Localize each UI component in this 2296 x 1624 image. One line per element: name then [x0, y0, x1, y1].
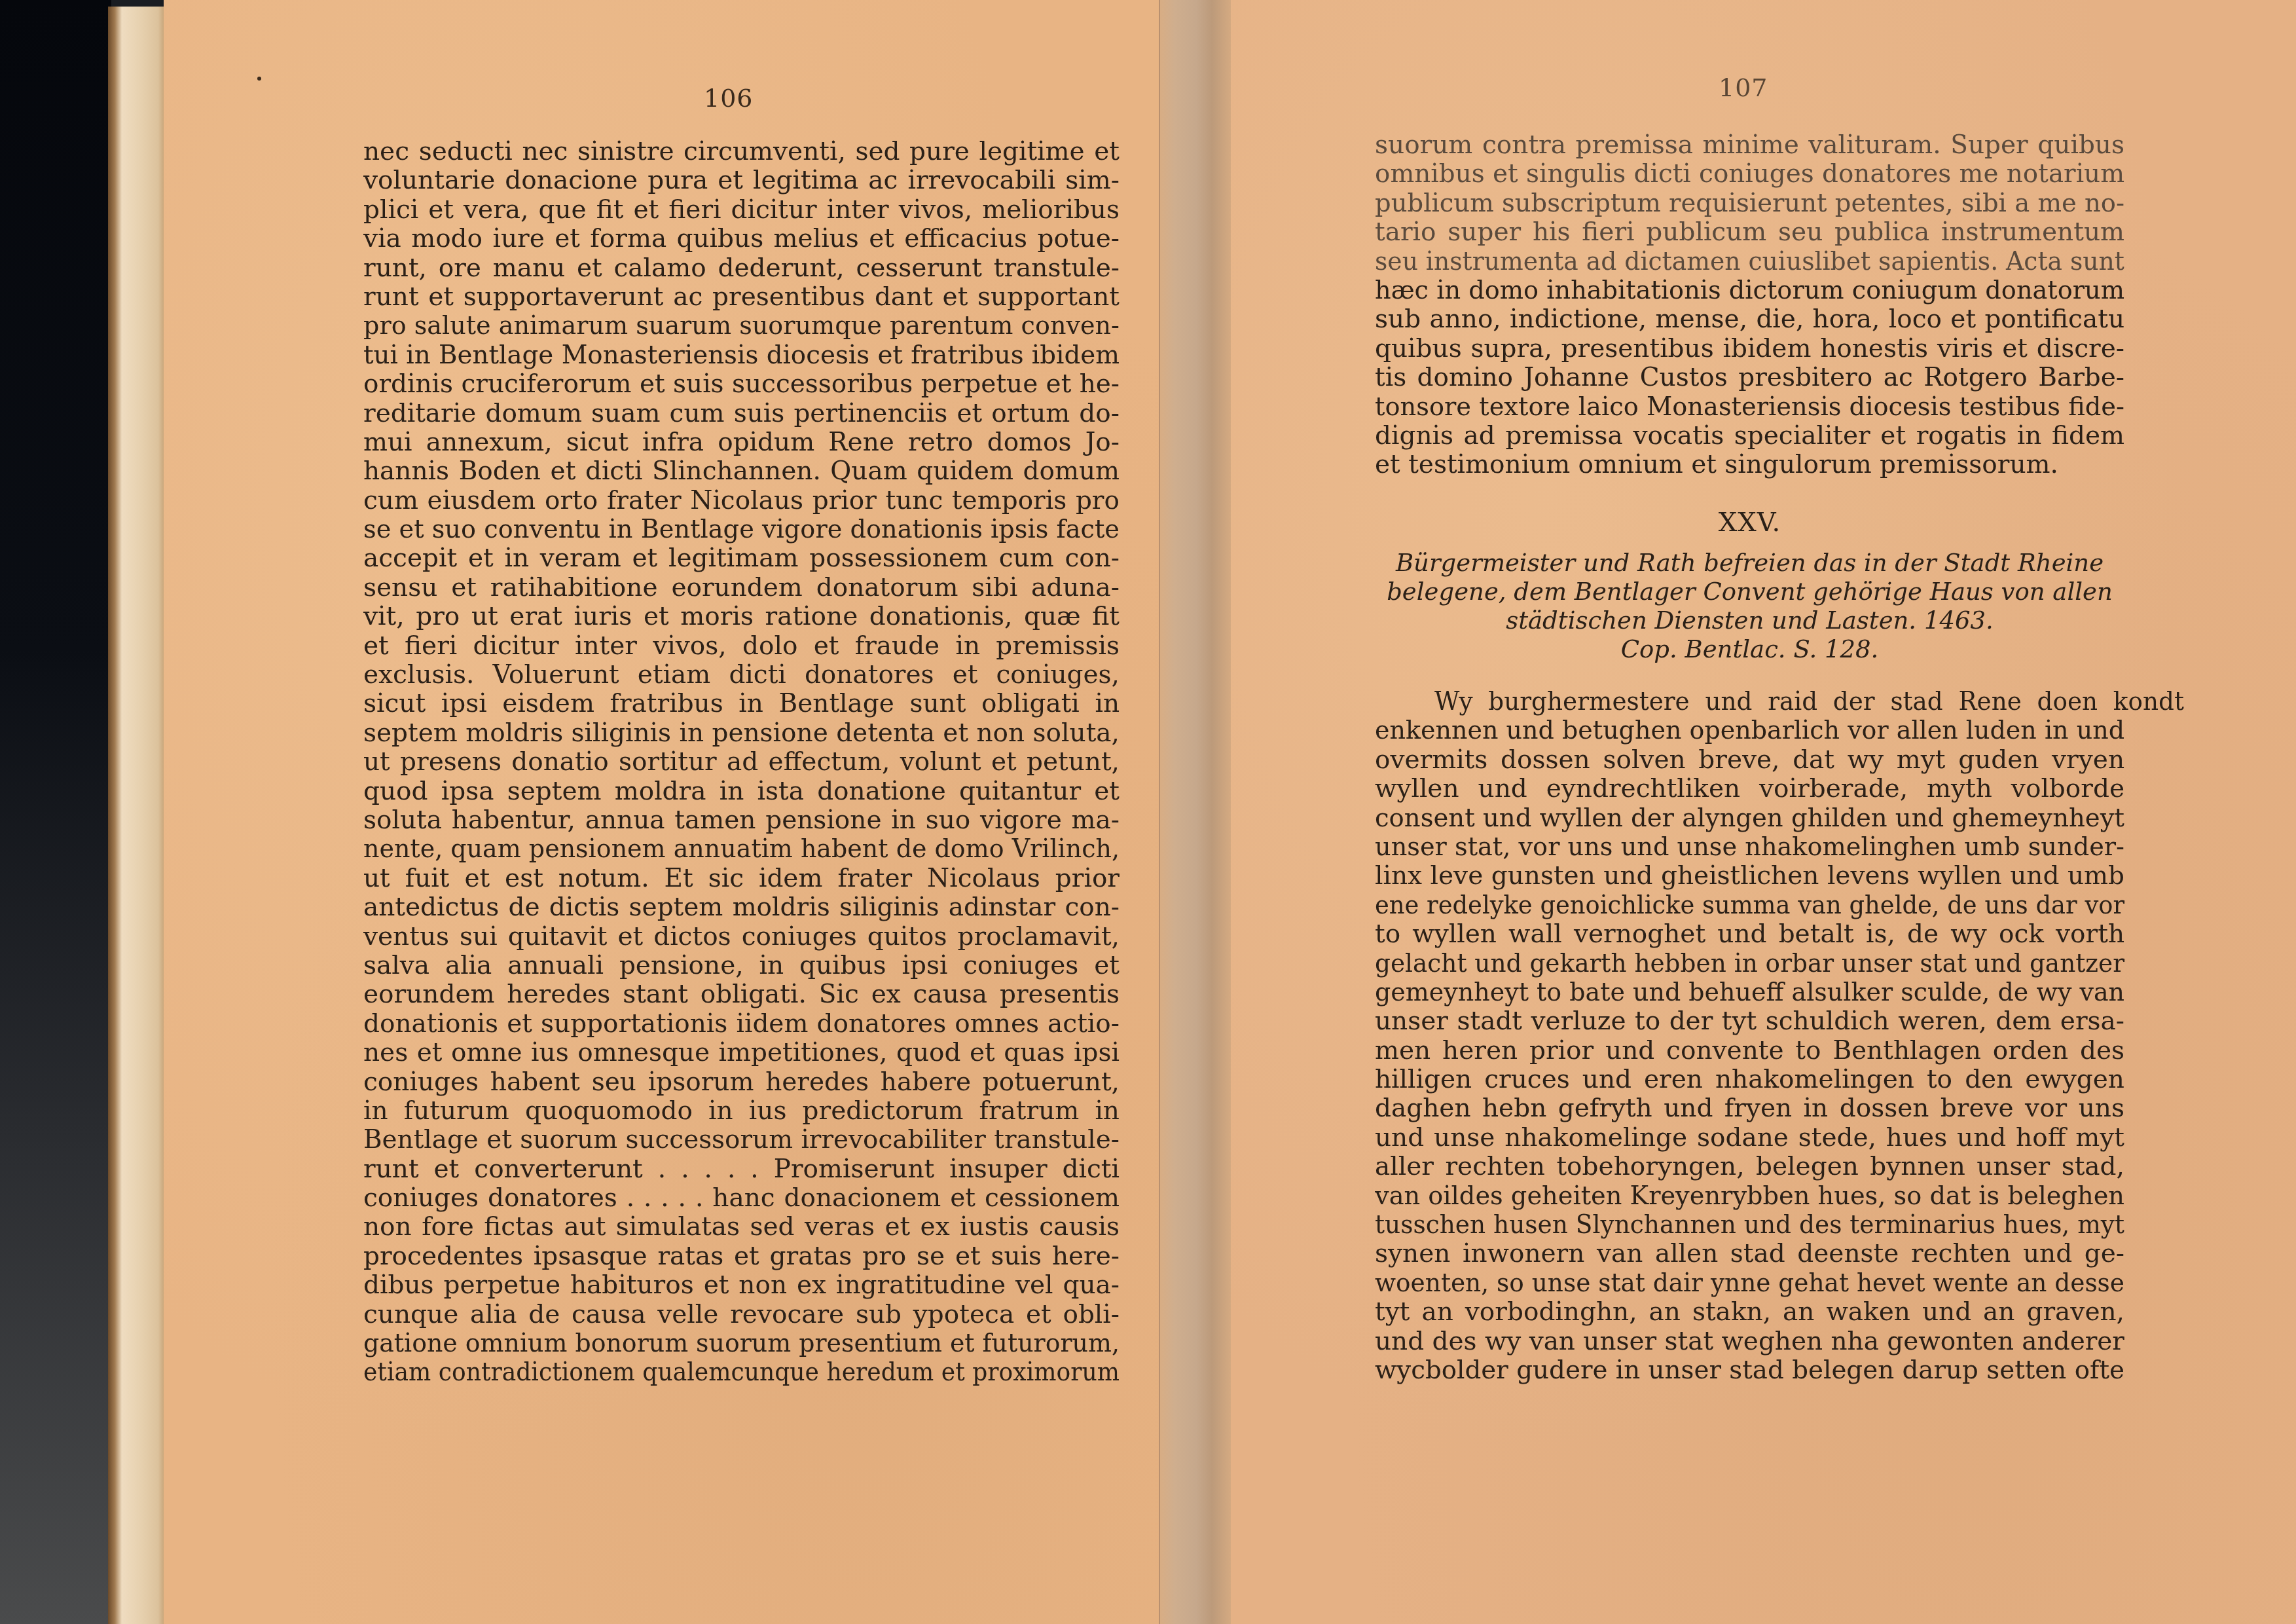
text-line: runt et converterunt . . . . . Promiseru… [363, 1155, 1120, 1184]
text-line: linx leve gunsten und gheistlichen leven… [1375, 862, 2124, 891]
text-line: ut presens donatio sortitur ad effectum,… [363, 748, 1120, 777]
text-line: Bentlage et suorum successorum irrevocab… [363, 1126, 1120, 1154]
text-line: runt, ore manu et calamo dederunt, cesse… [363, 254, 1120, 283]
text-line: donationis et supportationis iidem donat… [363, 1010, 1120, 1039]
text-line: quibus supra, presentibus ibidem honesti… [1375, 335, 2124, 363]
text-line: dignis ad premissa vocatis specialiter e… [1375, 422, 2124, 451]
section-heading: Bürgermeister und Rath befreien das in d… [1375, 549, 2124, 664]
page-number-right: 107 [1719, 73, 1768, 102]
text-line: ventus sui quitavit et dictos coniuges q… [363, 923, 1120, 951]
text-line: via modo iure et forma quibus melius et … [363, 225, 1120, 253]
text-line: unser stadt verluze to der tyt schuldich… [1375, 1007, 2124, 1036]
text-line: men heren prior und convente to Benthlag… [1375, 1037, 2124, 1065]
text-line: exclusis. Voluerunt etiam dicti donatore… [363, 661, 1120, 690]
text-line: mui annexum, sicut infra opidum Rene ret… [363, 428, 1120, 457]
text-line: accepit et in veram et legitimam possess… [363, 544, 1120, 573]
text-line: tonsore textore laico Monasteriensis dio… [1375, 393, 2124, 422]
text-line: et fieri dicitur inter vivos, dolo et fr… [363, 632, 1120, 661]
text-line: tyt an vorbodinghn, an stakn, an waken u… [1375, 1298, 2124, 1327]
ink-speck [257, 77, 261, 81]
text-line: procedentes ipsasque ratas et gratas pro… [363, 1242, 1120, 1271]
text-line: nente, quam pensionem annuatim habent de… [363, 835, 1120, 864]
text-line: eorundem heredes stant obligati. Sic ex … [363, 980, 1120, 1009]
source-citation: Cop. Bentlac. S. 128. [1375, 635, 2124, 664]
text-line: und unse nhakomelinge sodane stede, hues… [1375, 1124, 2124, 1153]
text-line: aller rechten tobehoryngen, belegen bynn… [1375, 1153, 2124, 1181]
text-line: overmits dossen solven breve, dat wy myt… [1375, 746, 2124, 775]
text-line: tui in Bentlage Monasteriensis diocesis … [363, 341, 1120, 370]
text-line: nec seducti nec sinistre circumventi, se… [363, 138, 1120, 166]
text-line: antedictus de dictis septem moldris sili… [363, 893, 1120, 922]
text-line: wyllen und eyndrechtliken voirberade, my… [1375, 775, 2124, 803]
text-line: suorum contra premissa minime valituram.… [1375, 131, 2124, 160]
text-line: tario super his fieri publicum seu publi… [1375, 218, 2124, 247]
right-page-continuation-text: suorum contra premissa minime valituram.… [1375, 131, 2124, 480]
text-line: tis domino Johanne Custos presbitero ac … [1375, 363, 2124, 392]
text-line: enkennen und betughen openbarlich vor al… [1375, 716, 2124, 745]
text-line: pro salute animarum suarum suorumque par… [363, 312, 1120, 341]
text-line: plici et vera, que fit et fieri dicitur … [363, 196, 1120, 225]
text-line: coniuges donatores . . . . . hanc donaci… [363, 1184, 1120, 1213]
text-line: gemeynheyt to bate und behueff alsulker … [1375, 978, 2124, 1007]
page-number-left: 106 [704, 84, 754, 113]
text-line: hilligen cruces und eren nhakomelingen t… [1375, 1065, 2124, 1094]
text-line: woenten, so unse stat dair ynne gehat he… [1375, 1269, 2124, 1298]
text-line: van oildes geheiten Kreyenrybben hues, s… [1375, 1182, 2124, 1211]
text-line: Wy burghermestere und raid der stad Rene… [1375, 688, 2184, 716]
text-line: ut fuit et est notum. Et sic idem frater… [363, 864, 1120, 893]
text-line: wycbolder gudere in unser stad belegen d… [1375, 1356, 2124, 1385]
text-line: omnibus et singulis dicti coniuges donat… [1375, 160, 2124, 189]
text-line: dibus perpetue habituros et non ex ingra… [363, 1271, 1120, 1300]
text-line: septem moldris siliginis in pensione det… [363, 719, 1120, 748]
text-line: vit, pro ut erat iuris et moris ratione … [363, 602, 1120, 631]
text-line: to wyllen wall vernoghet und betalt is, … [1375, 920, 2124, 949]
section-body-text: Wy burghermestere und raid der stad Rene… [1375, 688, 2124, 1385]
text-line: non fore fictas aut simulatas sed veras … [363, 1213, 1120, 1242]
text-line: hæc in domo inhabitationis dictorum coni… [1375, 276, 2124, 305]
text-line: sensu et ratihabitione eorundem donatoru… [363, 574, 1120, 602]
text-line: synen inwonern van allen stad deenste re… [1375, 1240, 2124, 1268]
text-line: salva alia annuali pensione, in quibus i… [363, 951, 1120, 980]
scan-background [0, 0, 111, 1624]
text-line: nes et omne ius omnesque impetitiones, q… [363, 1039, 1120, 1067]
text-line: quod ipsa septem moldra in ista donation… [363, 777, 1120, 806]
text-line: sicut ipsi eisdem fratribus in Bentlage … [363, 690, 1120, 718]
text-line: consent und wyllen der alyngen ghilden u… [1375, 804, 2124, 833]
text-line: ene redelyke genoichlicke summa van ghel… [1375, 891, 2124, 920]
text-line: cunque alia de causa velle revocare sub … [363, 1301, 1120, 1329]
text-line: sub anno, indictione, mense, die, hora, … [1375, 305, 2124, 334]
text-line: ordinis cruciferorum et suis successorib… [363, 370, 1120, 399]
text-line: hannis Boden et dicti Slinchannen. Quam … [363, 457, 1120, 486]
book-page-edges [108, 7, 164, 1624]
text-line: daghen hebn gefryth und fryen in dossen … [1375, 1094, 2124, 1123]
heading-line: städtischen Diensten und Lasten. 1463. [1375, 606, 2124, 635]
text-line: soluta habentur, annua tamen pensione in… [363, 806, 1120, 835]
text-line: und des wy van unser stat weghen nha gew… [1375, 1327, 2124, 1356]
text-line: gatione omnium bonorum suorum presentium… [363, 1329, 1120, 1358]
text-line: et testimonium omnium et singulorum prem… [1375, 451, 2124, 479]
text-line: voluntarie donacione pura et legitima ac… [363, 166, 1120, 195]
text-line: coniuges habent seu ipsorum heredes habe… [363, 1068, 1120, 1097]
text-line: reditarie domum suam cum suis pertinenci… [363, 399, 1120, 428]
text-line: tusschen husen Slynchannen und des termi… [1375, 1211, 2124, 1240]
text-line: seu instrumenta ad dictamen cuiuslibet s… [1375, 248, 2124, 276]
section-number: XXV. [1375, 507, 2124, 538]
left-page-text: nec seducti nec sinistre circumventi, se… [363, 138, 1120, 1388]
text-line: etiam contradictionem qualemcunque hered… [363, 1358, 1120, 1387]
text-line: se et suo conventu in Bentlage vigore do… [363, 515, 1120, 544]
text-line: gelacht und gekarth hebben in orbar unse… [1375, 950, 2124, 978]
text-line: runt et supportaverunt ac presentibus da… [363, 283, 1120, 312]
text-line: cum eiusdem orto frater Nicolaus prior t… [363, 487, 1120, 515]
text-line: unser stat, vor uns und unse nhakomeling… [1375, 833, 2124, 862]
text-line: publicum subscriptum requisierunt petent… [1375, 189, 2124, 218]
heading-line: Bürgermeister und Rath befreien das in d… [1375, 549, 2124, 578]
book-gutter [1159, 0, 1232, 1624]
heading-line: belegene, dem Bentlager Convent gehörige… [1375, 578, 2124, 606]
text-line: in futurum quoquomodo in ius predictorum… [363, 1097, 1120, 1126]
